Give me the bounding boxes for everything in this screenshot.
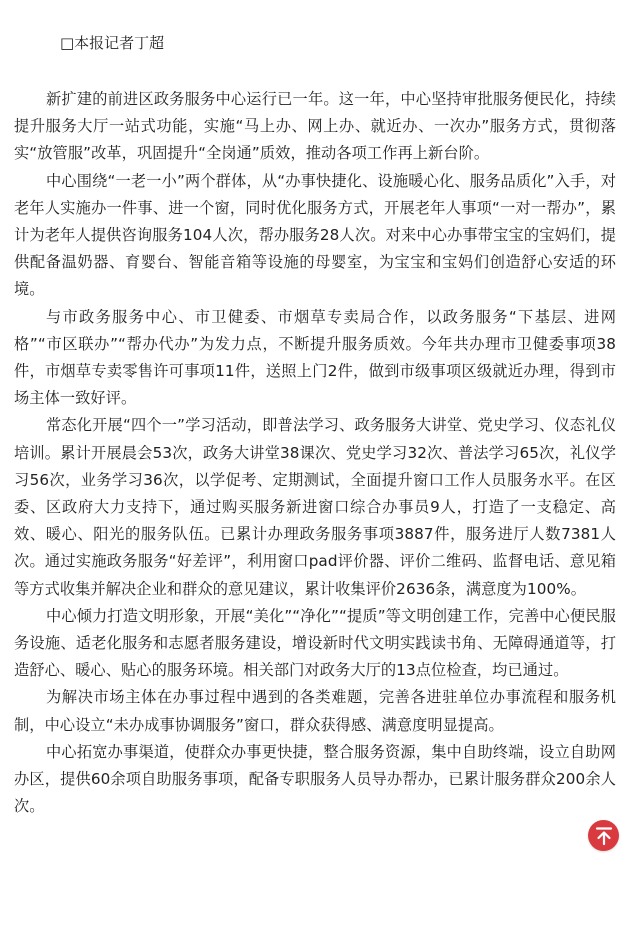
article-body: 新扩建的前进区政务服务中心运行已一年。这一年，中心坚持审批服务便民化，持续提升服… <box>14 86 616 820</box>
paragraph-4: 常态化开展“四个一”学习活动，即普法学习、政务服务大讲堂、党史学习、仪态礼仪培训… <box>14 412 616 602</box>
back-to-top-button[interactable] <box>588 820 619 851</box>
paragraph-3: 与市政务服务中心、市卫健委、市烟草专卖局合作，以政务服务“下基层、进网格”“市区… <box>14 304 616 413</box>
paragraph-5: 中心倾力打造文明形象，开展“美化”“净化”“提质”等文明创建工作，完善中心便民服… <box>14 603 616 685</box>
paragraph-2: 中心围绕“一老一小”两个群体，从“办事快捷化、设施暖心化、服务品质化”入手，对老… <box>14 168 616 304</box>
paragraph-6: 为解决市场主体在办事过程中遇到的各类难题，完善各进驻单位办事流程和服务机制，中心… <box>14 684 616 738</box>
paragraph-1: 新扩建的前进区政务服务中心运行已一年。这一年，中心坚持审批服务便民化，持续提升服… <box>14 86 616 168</box>
arrow-up-to-top-icon <box>595 826 613 846</box>
byline: □本报记者丁超 <box>60 31 164 55</box>
paragraph-7: 中心拓宽办事渠道，使群众办事更快捷，整合服务资源，集中自助终端，设立自助网办区，… <box>14 739 616 821</box>
